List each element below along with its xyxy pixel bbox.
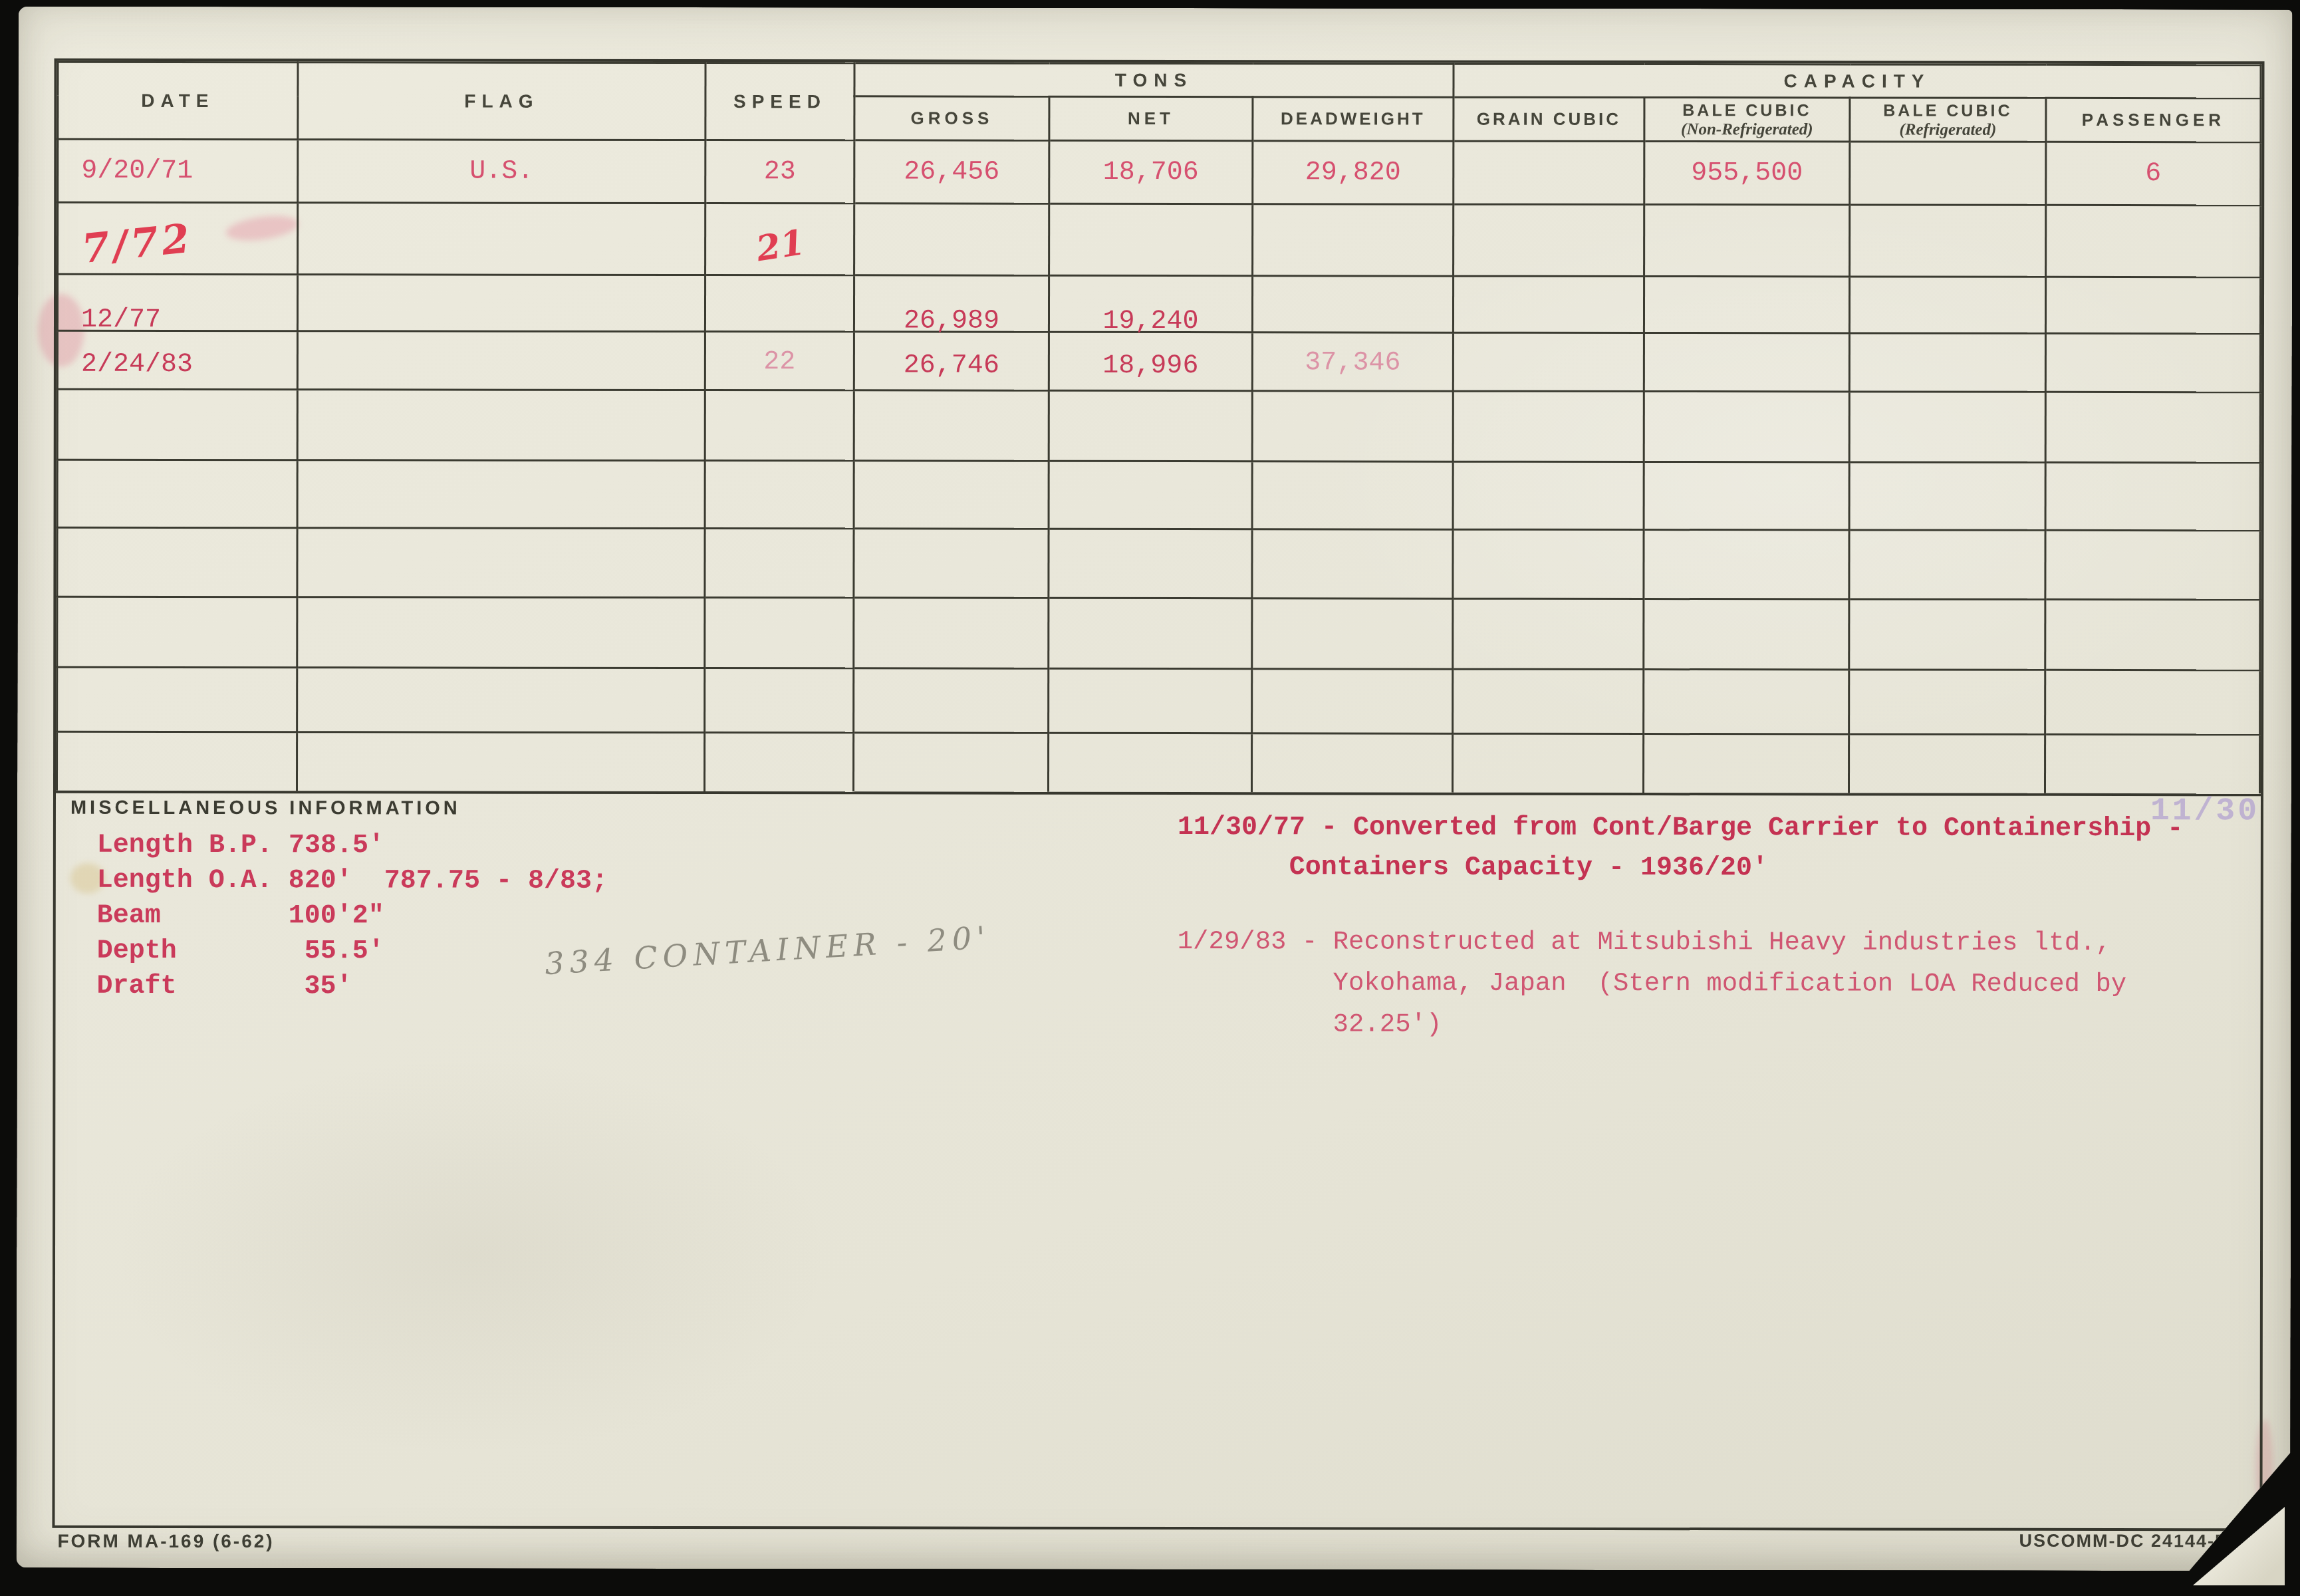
col-header-bale-cubic-ref-line1: BALE CUBIC xyxy=(1851,100,2045,120)
cell-grain-cubic xyxy=(1453,391,1644,462)
cell-bale-cubic-nonref xyxy=(1644,277,1849,333)
cell-date xyxy=(57,597,297,668)
cell-gross: 26,456 xyxy=(854,140,1049,203)
table-row xyxy=(57,667,2260,735)
cell-speed xyxy=(705,668,854,733)
cell-value: 22 xyxy=(763,347,795,377)
cell-gross xyxy=(854,598,1049,668)
cell-flag xyxy=(297,732,704,793)
col-header-bale-cubic-ref: BALE CUBIC (Refrigerated) xyxy=(1850,98,2046,142)
cell-date xyxy=(57,527,297,597)
cell-gross: 26,989 xyxy=(854,275,1049,332)
cell-bale-cubic-nonref xyxy=(1644,462,1849,530)
cell-value: 26,989 xyxy=(904,306,999,336)
miscellaneous-section: MISCELLANEOUS INFORMATION Length B.P. 73… xyxy=(55,791,2261,1529)
cell-passenger: 6 xyxy=(2046,142,2261,205)
cell-net xyxy=(1049,529,1252,598)
cell-speed: 21 xyxy=(705,203,854,275)
cell-net xyxy=(1049,461,1252,529)
vessel-record-table: DATE FLAG SPEED TONS CAPACITY GROSS NET … xyxy=(56,61,2262,796)
col-header-speed: SPEED xyxy=(705,63,854,140)
form-outline-box: DATE FLAG SPEED TONS CAPACITY GROSS NET … xyxy=(52,59,2264,1531)
table-row xyxy=(57,460,2260,531)
scan-background: { "card": { "footer_left": "FORM MA-169 … xyxy=(0,0,2300,1596)
cell-bale-cubic-nonref xyxy=(1644,333,1849,392)
cell-flag xyxy=(298,203,705,275)
table-body: 9/20/71U.S.2326,45618,70629,820955,50067… xyxy=(57,139,2260,795)
cell-grain-cubic xyxy=(1453,529,1644,598)
cell-passenger xyxy=(2045,734,2259,794)
cell-grain-cubic xyxy=(1453,462,1644,529)
cell-bale-cubic-ref xyxy=(1849,392,2045,462)
cell-value: 6 xyxy=(2145,159,2161,189)
cell-speed xyxy=(705,275,854,332)
cell-value: U.S. xyxy=(469,156,533,186)
cell-value: 37,346 xyxy=(1305,348,1400,378)
note-conversion-1977: 11/30/77 - Converted from Cont/Barge Car… xyxy=(1178,808,2183,889)
col-header-gross: GROSS xyxy=(854,96,1049,140)
miscellaneous-title: MISCELLANEOUS INFORMATION xyxy=(70,797,461,820)
col-header-bale-cubic-nonref: BALE CUBIC (Non-Refrigerated) xyxy=(1644,98,1850,142)
cell-value: 26,746 xyxy=(904,350,999,380)
cell-flag xyxy=(297,597,705,668)
cell-flag xyxy=(297,331,705,390)
cell-date xyxy=(57,389,297,460)
cell-date: 9/20/71 xyxy=(58,139,298,203)
cell-passenger xyxy=(2045,670,2260,734)
cell-deadweight xyxy=(1252,669,1453,733)
cell-bale-cubic-ref xyxy=(1849,599,2045,670)
cell-gross xyxy=(854,203,1049,275)
cell-net xyxy=(1049,598,1252,668)
cell-net xyxy=(1049,203,1253,275)
cell-bale-cubic-ref xyxy=(1850,205,2046,277)
cell-deadweight xyxy=(1252,462,1453,529)
cell-value: 21 xyxy=(754,222,808,269)
cell-value: 18,996 xyxy=(1102,351,1198,381)
cell-gross xyxy=(854,461,1049,529)
cell-net: 18,996 xyxy=(1049,332,1252,390)
cell-value: 18,706 xyxy=(1103,157,1199,187)
table-row: 12/7726,98919,240 xyxy=(57,274,2260,334)
conversion-notes: 11/30/77 - Converted from Cont/Barge Car… xyxy=(1177,808,2183,1046)
cell-gross xyxy=(854,390,1049,461)
col-header-deadweight: DEADWEIGHT xyxy=(1253,97,1454,141)
cell-speed xyxy=(705,461,854,529)
table-row: 2/24/832226,74618,99637,346 xyxy=(57,331,2260,392)
cell-bale-cubic-nonref xyxy=(1644,530,1849,599)
cell-value: 29,820 xyxy=(1305,158,1401,188)
cell-bale-cubic-nonref xyxy=(1644,392,1849,462)
col-header-net: NET xyxy=(1049,96,1253,140)
cell-date xyxy=(57,460,297,528)
col-header-bale-cubic-nonref-line1: BALE CUBIC xyxy=(1645,100,1849,120)
cell-value: 12/77 xyxy=(81,305,161,334)
cell-value: 955,500 xyxy=(1691,158,1803,188)
cell-deadweight xyxy=(1252,276,1453,332)
cell-net xyxy=(1049,390,1252,461)
cell-bale-cubic-nonref xyxy=(1643,734,1849,794)
cell-deadweight xyxy=(1253,204,1454,276)
note-reconstruction-1983: 1/29/83 - Reconstructed at Mitsubishi He… xyxy=(1177,921,2183,1046)
cell-date xyxy=(57,667,297,732)
cell-flag xyxy=(297,460,705,529)
table-row: 7/7221 xyxy=(58,202,2261,277)
cell-grain-cubic xyxy=(1454,141,1644,204)
cell-net xyxy=(1049,668,1252,733)
group-header-capacity: CAPACITY xyxy=(1454,64,2261,98)
cell-gross xyxy=(854,668,1049,733)
cell-net: 19,240 xyxy=(1049,275,1252,332)
cell-passenger xyxy=(2045,392,2260,462)
table-row xyxy=(57,527,2260,600)
cell-grain-cubic xyxy=(1453,332,1644,391)
record-card-paper: DATE FLAG SPEED TONS CAPACITY GROSS NET … xyxy=(16,7,2292,1571)
cell-net xyxy=(1048,733,1251,793)
cell-deadweight xyxy=(1252,391,1453,462)
cell-bale-cubic-ref xyxy=(1849,530,2045,599)
faint-date-stamp: 11/30 xyxy=(2150,793,2259,829)
cell-speed xyxy=(704,733,853,793)
cell-gross xyxy=(854,529,1049,598)
cell-bale-cubic-nonref xyxy=(1644,670,1849,734)
cell-deadweight xyxy=(1252,598,1453,669)
group-header-row: DATE FLAG SPEED TONS CAPACITY xyxy=(58,62,2261,98)
cell-bale-cubic-nonref: 955,500 xyxy=(1644,142,1850,205)
cell-flag: U.S. xyxy=(298,140,705,203)
cell-deadweight: 37,346 xyxy=(1252,332,1453,391)
col-header-date: DATE xyxy=(58,62,298,140)
cell-gross xyxy=(853,733,1048,793)
cell-speed xyxy=(705,390,854,461)
cell-passenger xyxy=(2045,277,2260,333)
cell-bale-cubic-ref xyxy=(1849,462,2045,530)
cell-passenger xyxy=(2045,530,2260,599)
cell-value: 9/20/71 xyxy=(81,156,193,186)
cell-grain-cubic xyxy=(1453,276,1644,332)
cell-value: 7/72 xyxy=(80,215,195,273)
table-row: 9/20/71U.S.2326,45618,70629,820955,5006 xyxy=(58,139,2261,205)
cell-deadweight xyxy=(1251,733,1452,793)
cell-passenger xyxy=(2045,599,2260,670)
cell-date: 7/72 xyxy=(58,202,298,275)
col-header-flag: FLAG xyxy=(298,63,705,140)
cell-value: 23 xyxy=(764,157,796,187)
cell-grain-cubic xyxy=(1454,204,1644,276)
table-row xyxy=(57,389,2260,463)
cell-grain-cubic xyxy=(1453,669,1644,733)
form-number: FORM MA-169 (6-62) xyxy=(57,1531,274,1552)
cell-speed xyxy=(705,529,854,598)
cell-value: 19,240 xyxy=(1102,306,1198,336)
cell-date xyxy=(57,731,297,792)
col-header-bale-cubic-nonref-line2: (Non-Refrigerated) xyxy=(1645,120,1849,139)
cell-passenger xyxy=(2045,462,2260,530)
cell-value: 2/24/83 xyxy=(81,350,193,380)
cell-gross: 26,746 xyxy=(854,332,1049,390)
cell-bale-cubic-ref xyxy=(1850,142,2046,205)
cell-deadweight xyxy=(1252,529,1453,598)
cell-bale-cubic-ref xyxy=(1849,670,2045,734)
cell-bale-cubic-ref xyxy=(1849,277,2045,333)
cell-value: 26,456 xyxy=(904,157,999,187)
cell-deadweight: 29,820 xyxy=(1253,141,1454,204)
col-header-bale-cubic-ref-line2: (Refrigerated) xyxy=(1851,120,2045,139)
cell-flag xyxy=(297,528,705,598)
cell-speed xyxy=(705,598,854,668)
cell-passenger xyxy=(2045,333,2260,392)
cell-net: 18,706 xyxy=(1049,140,1253,203)
col-header-passenger: PASSENGER xyxy=(2046,98,2261,142)
cell-bale-cubic-ref xyxy=(1849,734,2045,794)
cell-flag xyxy=(297,275,705,332)
cell-date: 12/77 xyxy=(57,274,297,331)
ship-dimensions-text: Length B.P. 738.5' Length O.A. 820' 787.… xyxy=(97,828,608,1005)
cell-speed: 23 xyxy=(705,140,854,203)
print-code: USCOMM-DC 24144-P62 xyxy=(2019,1531,2251,1551)
cell-date: 2/24/83 xyxy=(57,331,297,390)
table-row xyxy=(57,731,2259,795)
pencil-annotation: 334 CONTAINER - 20' xyxy=(544,919,992,982)
cell-grain-cubic xyxy=(1452,733,1643,793)
cell-speed: 22 xyxy=(705,332,854,390)
cell-flag xyxy=(297,390,705,461)
col-header-grain-cubic: GRAIN CUBIC xyxy=(1454,97,1644,141)
table-row xyxy=(57,597,2260,670)
cell-bale-cubic-nonref xyxy=(1644,205,1850,277)
cell-passenger xyxy=(2046,205,2261,277)
cell-bale-cubic-nonref xyxy=(1644,599,1849,670)
cell-bale-cubic-ref xyxy=(1849,333,2045,392)
cell-grain-cubic xyxy=(1453,598,1644,669)
group-header-tons: TONS xyxy=(854,63,1454,97)
cell-flag xyxy=(297,668,705,733)
